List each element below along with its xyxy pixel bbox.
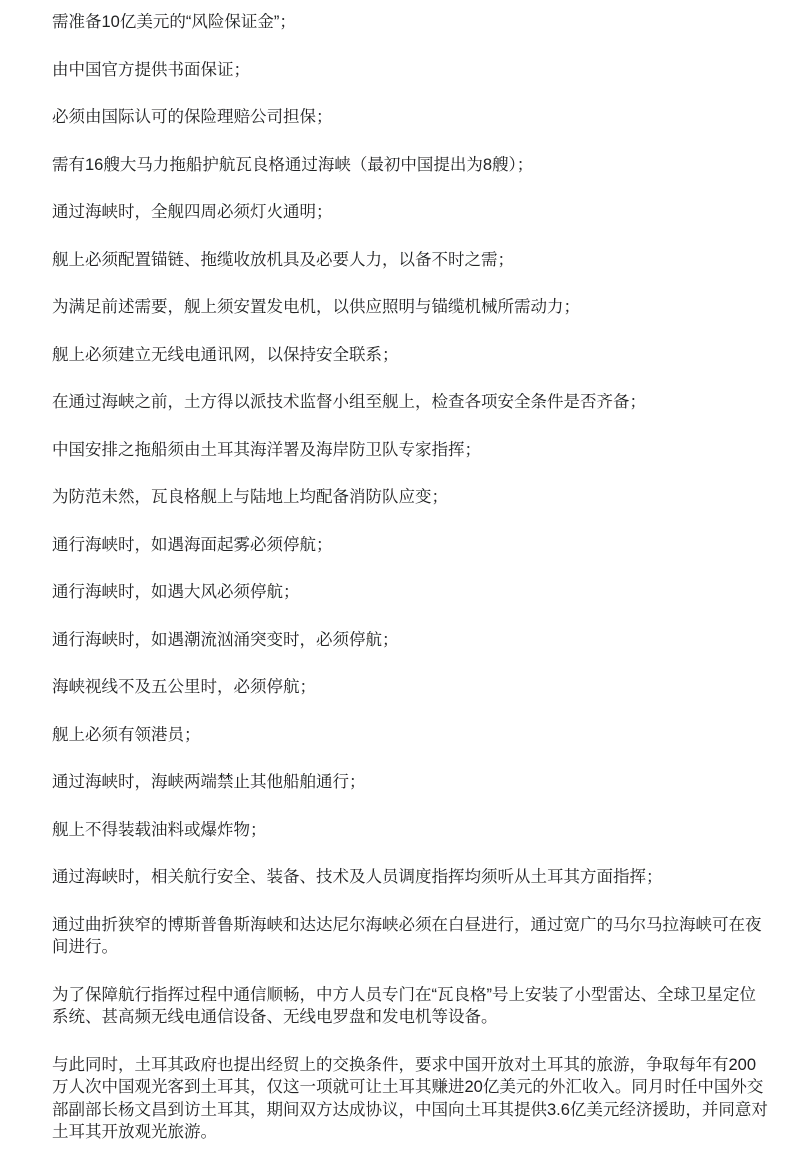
paragraph: 与此同时，土耳其政府也提出经贸上的交换条件，要求中国开放对土耳其的旅游，争取每年… [52, 1054, 769, 1144]
paragraph: 由中国官方提供书面保证； [52, 59, 769, 82]
paragraph: 中国安排之拖船须由土耳其海洋署及海岸防卫队专家指挥； [52, 439, 769, 462]
paragraph: 为满足前述需要，舰上须安置发电机，以供应照明与锚缆机械所需动力； [52, 296, 769, 319]
article-content: 需准备10亿美元的“风险保证金”；由中国官方提供书面保证；必须由国际认可的保险理… [0, 0, 799, 1144]
paragraph: 通行海峡时，如遇潮流汹涌突变时，必须停航； [52, 629, 769, 652]
paragraph: 舰上不得装载油料或爆炸物； [52, 819, 769, 842]
paragraph: 舰上必须建立无线电通讯网，以保持安全联系； [52, 344, 769, 367]
paragraph: 海峡视线不及五公里时，必须停航； [52, 676, 769, 699]
paragraph: 需准备10亿美元的“风险保证金”； [52, 11, 769, 34]
paragraph: 通过海峡时，相关航行安全、装备、技术及人员调度指挥均须听从土耳其方面指挥； [52, 866, 769, 889]
paragraph: 通过曲折狭窄的博斯普鲁斯海峡和达达尼尔海峡必须在白昼进行，通过宽广的马尔马拉海峡… [52, 914, 769, 959]
paragraph: 需有16艘大马力拖船护航瓦良格通过海峡（最初中国提出为8艘）； [52, 154, 769, 177]
paragraph: 通过海峡时，海峡两端禁止其他船舶通行； [52, 771, 769, 794]
paragraph: 在通过海峡之前，土方得以派技术监督小组至舰上，检查各项安全条件是否齐备； [52, 391, 769, 414]
paragraph: 通行海峡时，如遇海面起雾必须停航； [52, 534, 769, 557]
paragraph: 舰上必须配置锚链、拖缆收放机具及必要人力，以备不时之需； [52, 249, 769, 272]
paragraph: 通行海峡时，如遇大风必须停航； [52, 581, 769, 604]
paragraph: 通过海峡时，全舰四周必须灯火通明； [52, 201, 769, 224]
paragraph: 为了保障航行指挥过程中通信顺畅，中方人员专门在“瓦良格”号上安装了小型雷达、全球… [52, 984, 769, 1029]
paragraph: 必须由国际认可的保险理赔公司担保； [52, 106, 769, 129]
paragraph: 为防范未然，瓦良格舰上与陆地上均配备消防队应变； [52, 486, 769, 509]
paragraph: 舰上必须有领港员； [52, 724, 769, 747]
